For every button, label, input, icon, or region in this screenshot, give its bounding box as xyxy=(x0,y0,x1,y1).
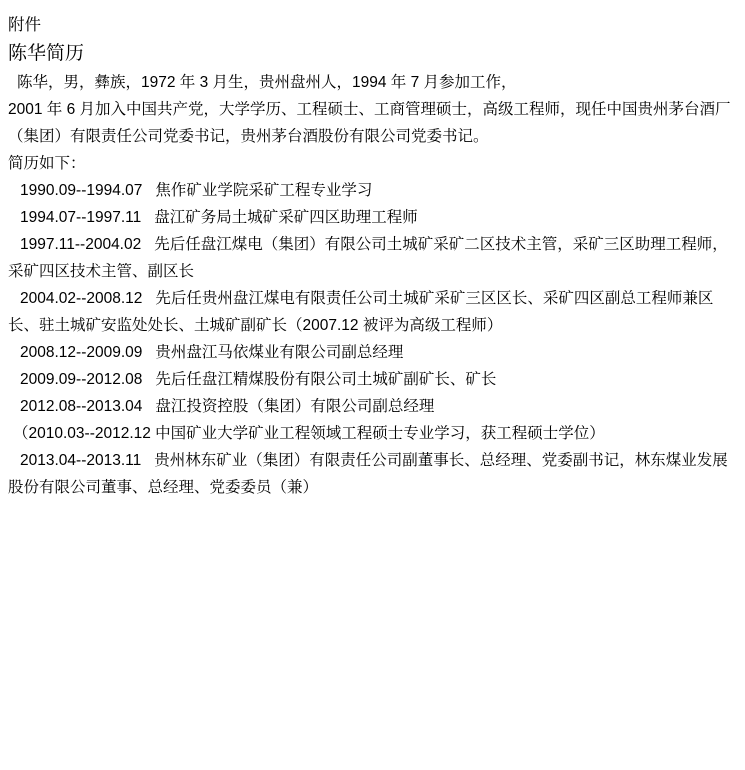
note-text: （2010.03--2012.12 中国矿业大学矿业工程领域工程硕士专业学习，获… xyxy=(13,425,605,442)
intro-line-1: 陈华，男，彝族，1972 年 3 月生，贵州盘州人，1994 年 7 月参加工作… xyxy=(8,69,737,96)
timeline-note: （2010.03--2012.12 中国矿业大学矿业工程领域工程硕士专业学习，获… xyxy=(8,420,737,447)
entry-period: 1990.09--1994.07 xyxy=(20,182,142,199)
timeline-entry: 2009.09--2012.08先后任盘江精煤股份有限公司土城矿副矿长、矿长 xyxy=(8,366,737,393)
resume-document: 附件 陈华简历 陈华，男，彝族，1972 年 3 月生，贵州盘州人，1994 年… xyxy=(0,0,745,770)
entry-period: 1994.07--1997.11 xyxy=(20,209,141,226)
entry-description: 盘江矿务局土城矿采矿四区助理工程师 xyxy=(154,209,418,226)
timeline-entry: 1990.09--1994.07焦作矿业学院采矿工程专业学习 xyxy=(8,177,737,204)
intro-paragraph: 陈华，男，彝族，1972 年 3 月生，贵州盘州人，1994 年 7 月参加工作… xyxy=(8,69,737,150)
timeline-entry: 1997.11--2004.02先后任盘江煤电（集团）有限公司土城矿采矿二区技术… xyxy=(8,231,737,285)
intro-line-2: 2001 年 6 月加入中国共产党，大学学历、工程硕士、工商管理硕士，高级工程师… xyxy=(8,96,737,150)
entry-period: 2009.09--2012.08 xyxy=(20,371,142,388)
entry-period: 1997.11--2004.02 xyxy=(20,236,141,253)
entry-description: 盘江投资控股（集团）有限公司副总经理 xyxy=(155,398,434,415)
document-page: { "doc": { "attachment_label": "附件", "ti… xyxy=(0,0,745,770)
section-label: 简历如下： xyxy=(8,150,737,177)
entry-description: 焦作矿业学院采矿工程专业学习 xyxy=(155,182,372,199)
resume-title: 陈华简历 xyxy=(8,39,737,69)
timeline-entry: 2004.02--2008.12先后任贵州盘江煤电有限责任公司土城矿采矿三区区长… xyxy=(8,285,737,339)
entry-period: 2013.04--2013.11 xyxy=(20,452,141,469)
entry-description: 贵州盘江马依煤业有限公司副总经理 xyxy=(155,344,403,361)
timeline-entry: 2012.08--2013.04盘江投资控股（集团）有限公司副总经理 xyxy=(8,393,737,420)
entry-period: 2008.12--2009.09 xyxy=(20,344,142,361)
entry-period: 2004.02--2008.12 xyxy=(20,290,142,307)
attachment-label: 附件 xyxy=(8,11,737,39)
timeline-entry: 2013.04--2013.11贵州林东矿业（集团）有限责任公司副董事长、总经理… xyxy=(8,447,737,501)
timeline-entry: 2008.12--2009.09贵州盘江马依煤业有限公司副总经理 xyxy=(8,339,737,366)
entry-description: 先后任盘江精煤股份有限公司土城矿副矿长、矿长 xyxy=(155,371,496,388)
timeline-entry: 1994.07--1997.11盘江矿务局土城矿采矿四区助理工程师 xyxy=(8,204,737,231)
entry-period: 2012.08--2013.04 xyxy=(20,398,142,415)
